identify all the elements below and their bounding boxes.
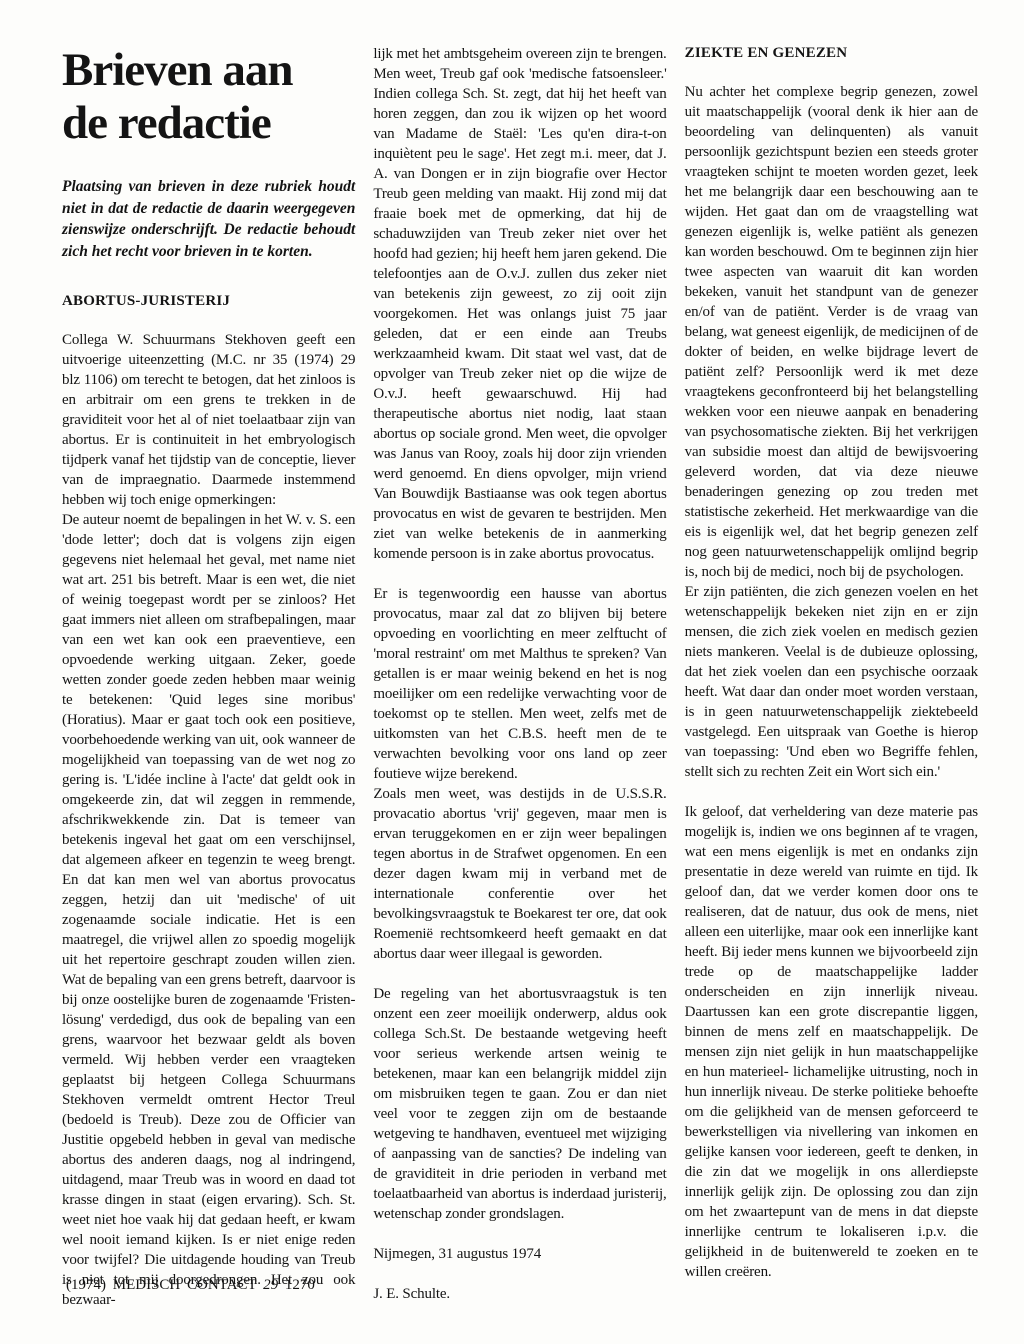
page-title: Brieven aan de redactie: [62, 44, 355, 150]
letter-heading-ziekte-en-genezen: ZIEKTE EN GENEZEN: [685, 44, 978, 62]
letter-author: J. E. Schulte.: [373, 1284, 666, 1304]
letter-paragraph: Er is tegenwoordig een hausse van abortu…: [373, 584, 666, 784]
footer-volume: 29: [263, 1277, 278, 1293]
letter-paragraph: Er zijn patiënten, die zich genezen voel…: [685, 582, 978, 782]
editorial-note: Plaatsing van brieven in deze rubriek ho…: [62, 176, 355, 262]
letter-paragraph: lijk met het ambtsgeheim overeen zijn te…: [373, 44, 666, 564]
page-title-line-2: de redactie: [62, 97, 355, 150]
letter-paragraph: Zoals men weet, was destijds in de U.S.S…: [373, 784, 666, 964]
footer-page-number: 1270: [285, 1277, 315, 1293]
footer-journal-ref: (1974) MEDISCH CONTACT: [66, 1277, 256, 1293]
journal-page: Brieven aan de redactie Plaatsing van br…: [0, 0, 1024, 1310]
letter-paragraph: Ik geloof, dat verheldering van deze mat…: [685, 802, 978, 1282]
letter-paragraph: De regeling van het abortusvraagstuk is …: [373, 984, 666, 1224]
three-column-layout: Brieven aan de redactie Plaatsing van br…: [0, 0, 1024, 1310]
column-2: lijk met het ambtsgeheim overeen zijn te…: [373, 44, 666, 1310]
letter-place-date: Nijmegen, 31 augustus 1974: [373, 1244, 666, 1264]
letter-paragraph: De auteur noemt de bepalingen in het W. …: [62, 510, 355, 1310]
column-1: Brieven aan de redactie Plaatsing van br…: [62, 44, 355, 1310]
letter-paragraph: Nu achter het complexe begrip genezen, z…: [685, 82, 978, 582]
letter-paragraph: Collega W. Schuurmans Stekhoven geeft ee…: [62, 330, 355, 510]
page-footer-reference: (1974) MEDISCH CONTACT 29 1270: [66, 1276, 315, 1294]
page-title-line-1: Brieven aan: [62, 44, 355, 97]
column-3: ZIEKTE EN GENEZEN Nu achter het complexe…: [685, 44, 978, 1310]
letter-heading-abortus-juristerij: ABORTUS-JURISTERIJ: [62, 292, 355, 310]
